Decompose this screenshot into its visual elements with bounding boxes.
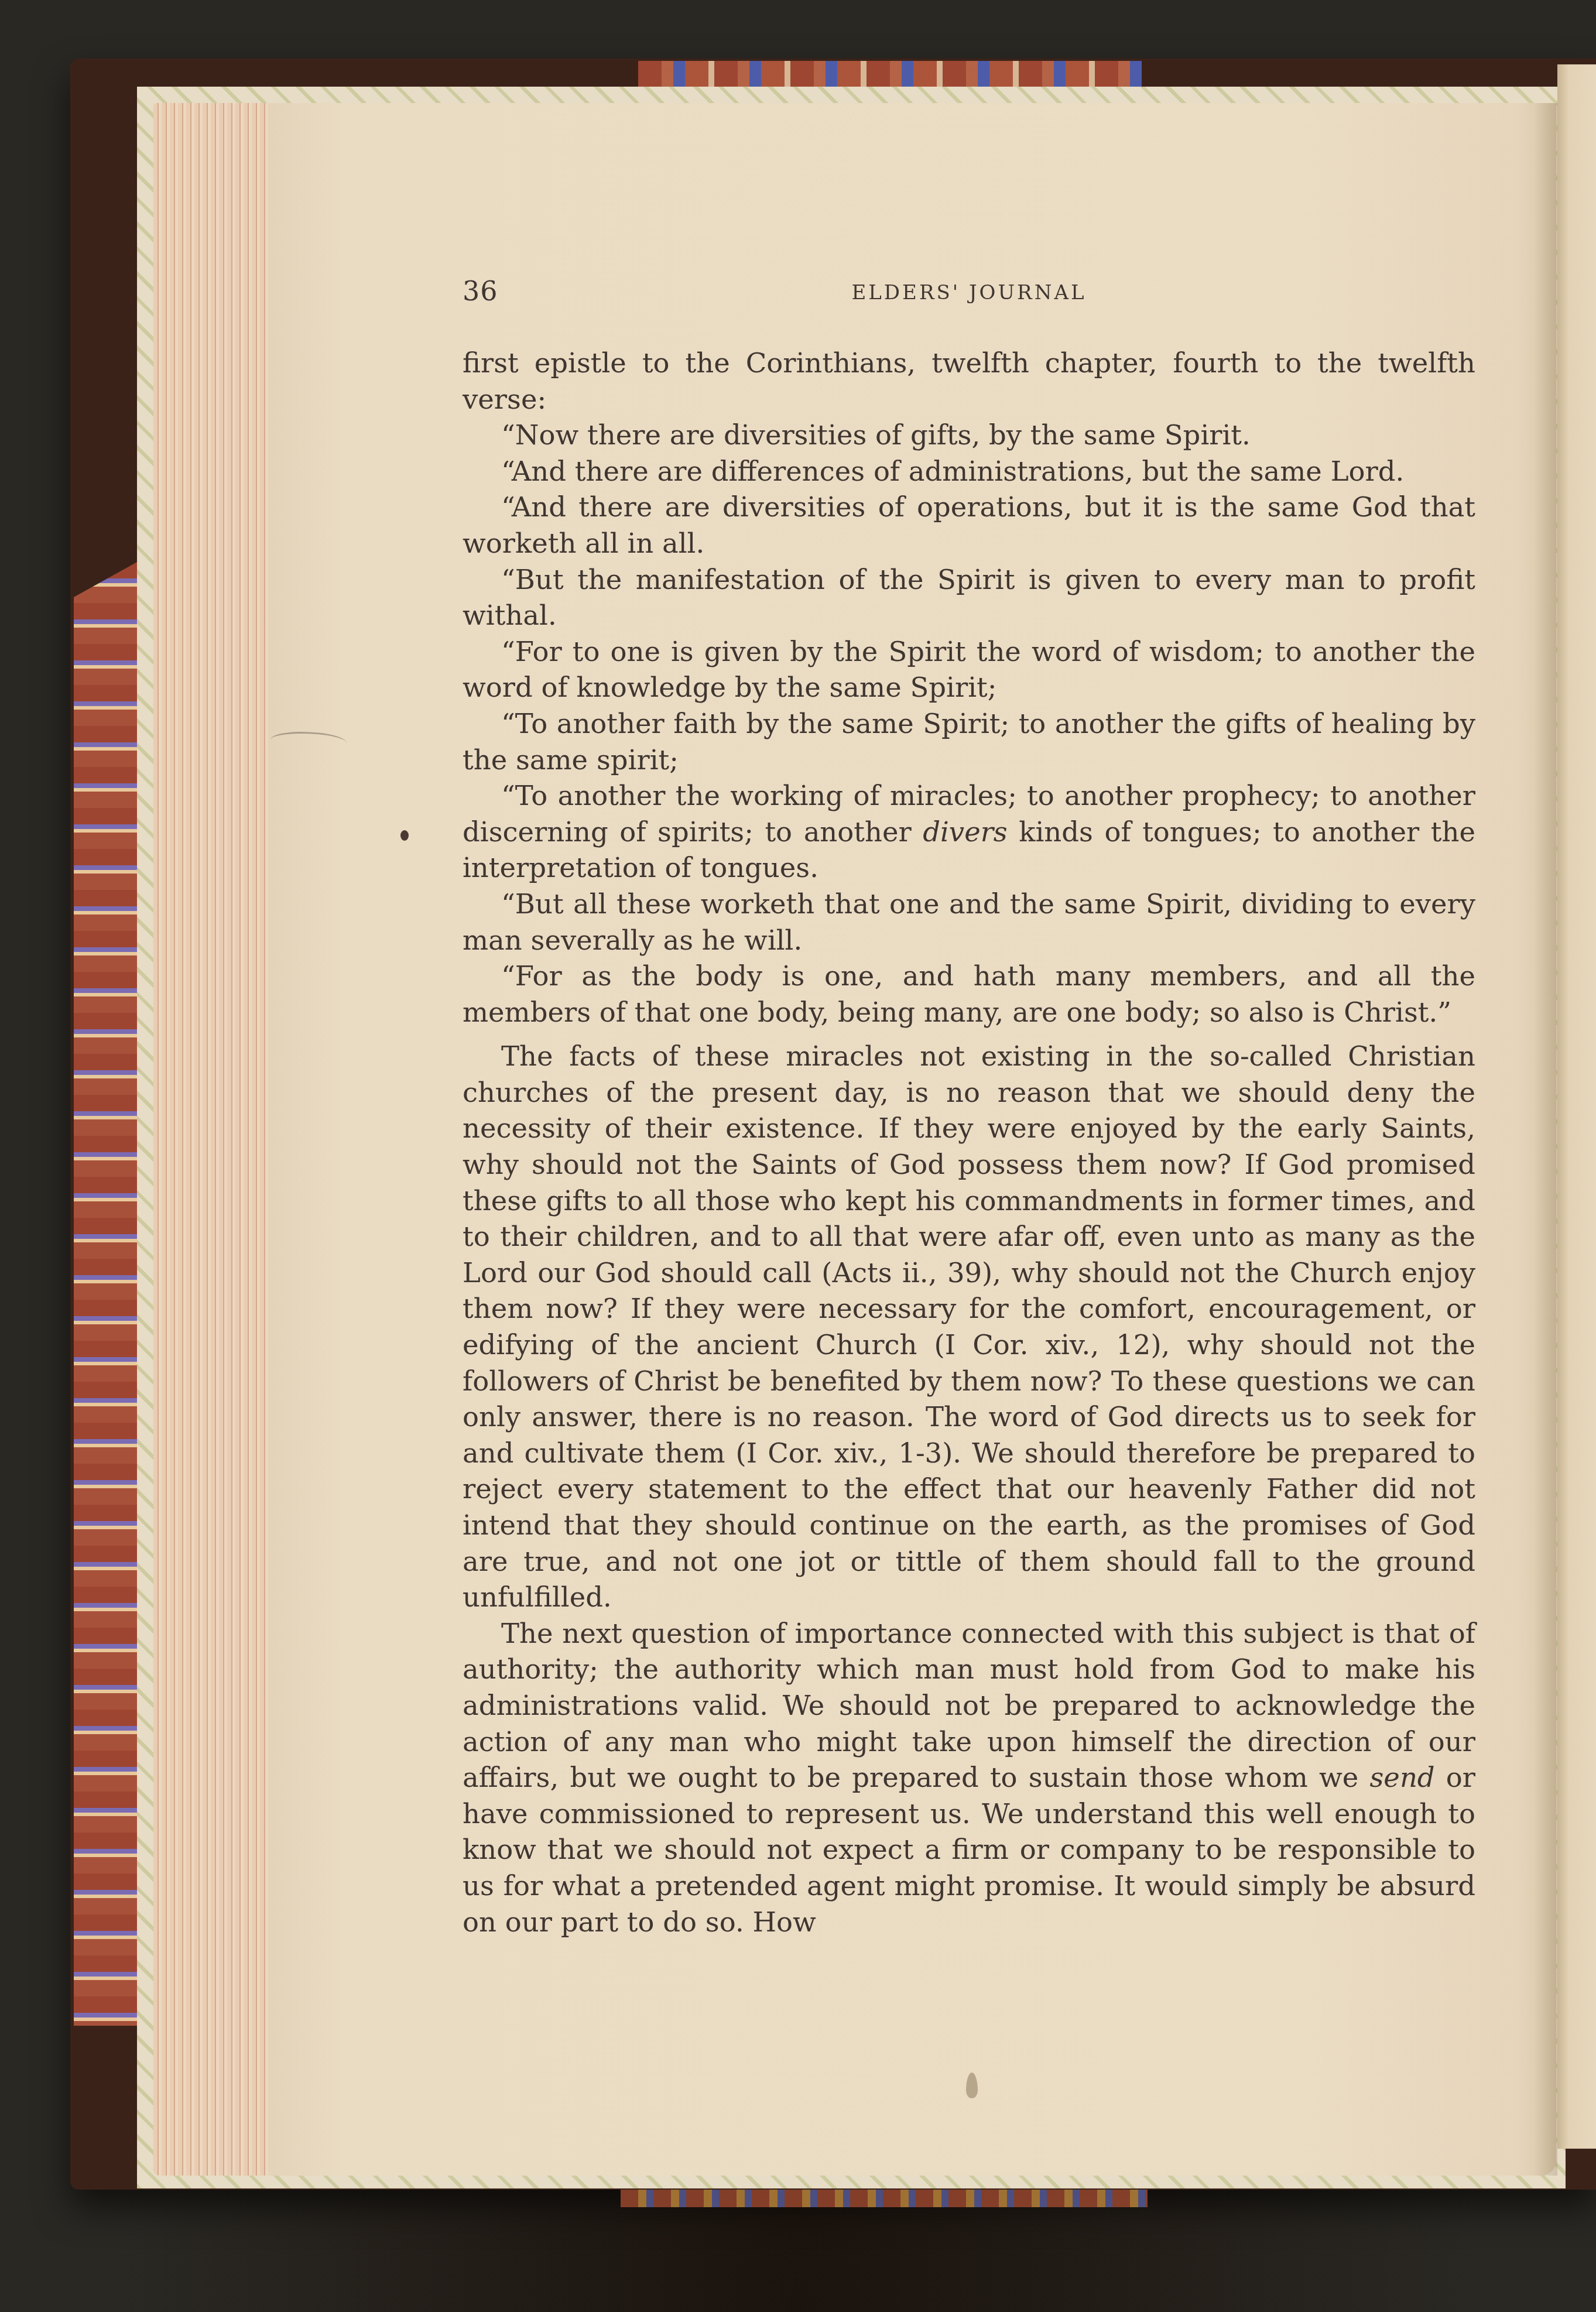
marbled-edge-bottom [621,2190,1148,2207]
page-text-block: 36 ELDERS' JOURNAL first epistle to the … [463,275,1475,1940]
quote-verse-6: “And there are diversities of operations… [463,489,1475,561]
quote-verse-11: “But all these worketh that one and the … [463,886,1475,958]
marbled-board-left [74,562,137,2026]
facing-page-edge [1557,64,1596,2149]
italic-divers: divers [923,816,1008,848]
body-text: first epistle to the Corinthians, twelft… [463,345,1475,1940]
journal-title: ELDERS' JOURNAL [463,281,1475,304]
intro-paragraph: first epistle to the Corinthians, twelft… [463,345,1475,417]
quote-verse-10: “To another the working of miracles; to … [463,778,1475,886]
quote-verse-7: “But the manifestation of the Spirit is … [463,562,1475,634]
italic-send: send [1370,1762,1435,1793]
paragraph-authority-before: The next question of importance connecte… [463,1618,1475,1793]
marbled-edge-top [638,61,1142,87]
quote-verse-9: “To another faith by the same Spirit; to… [463,706,1475,778]
quote-verse-4: “Now there are diversities of gifts, by … [463,417,1475,454]
quote-verse-8: “For to one is given by the Spirit the w… [463,634,1475,706]
running-head: 36 ELDERS' JOURNAL [463,275,1475,310]
page-edge-stack [153,103,270,2176]
quote-verse-5: “And there are differences of administra… [463,454,1475,490]
gutter-shadow [1534,103,1557,2176]
ink-dot-mark [400,830,409,841]
paragraph-miracles: The facts of these miracles not existing… [463,1039,1475,1616]
paragraph-authority: The next question of importance connecte… [463,1616,1475,1940]
quote-verse-12: “For as the body is one, and hath many m… [463,958,1475,1030]
